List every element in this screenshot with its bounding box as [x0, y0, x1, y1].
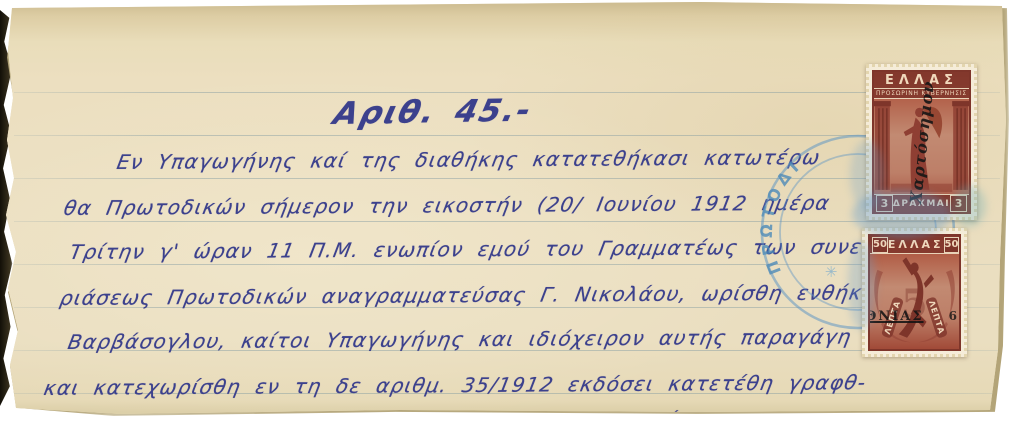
stamp-corner-value-left: 50 — [872, 237, 888, 253]
seal-ink-smudge — [848, 240, 876, 330]
handwriting-line: Εν Υπαγωγήνης καί της διαθήκης κατατεθήκ… — [115, 145, 823, 174]
stamp-corner-value-right: 50 — [944, 237, 960, 253]
scanned-document-page: Αριθ. 45.- Εν Υπαγωγήνης καί της διαθήκη… — [0, 0, 1023, 424]
seal-ink-smudge — [952, 185, 986, 227]
seal-asterisk-symbol: ✳ — [825, 263, 838, 281]
seal-ink-smudge — [850, 140, 884, 210]
handwriting-line-partial: και υπεγράφη — [548, 407, 710, 424]
control-overprint-numeral: 6 — [949, 309, 957, 323]
handwriting-line: θα Πρωτοδικών σήμερον την εικοστήν (20/ … — [62, 191, 832, 220]
control-overprint-text: ΘΝΙΑΣ — [868, 309, 924, 324]
stamp-country-label: ΕΛΛΑΣ — [888, 238, 944, 251]
handwriting-line: και κατεχωρίσθη εν τη δε αριθμ. 35/1912 … — [42, 370, 869, 400]
paper-sheet: Αριθ. 45.- Εν Υπαγωγήνης καί της διαθήκη… — [0, 0, 1023, 424]
postage-stamp-50-lepta: 50 ΕΛΛΑΣ 50 5 — [862, 228, 967, 357]
document-number-heading: Αριθ. 45.- — [330, 93, 536, 132]
stamp-frame: 50 ΕΛΛΑΣ 50 5 — [868, 234, 961, 351]
stamp-vignette: 5 ΘΝΙΑΣ 6 ΛΕΠΤΑ ΛΕΠΤΑ — [870, 254, 959, 349]
